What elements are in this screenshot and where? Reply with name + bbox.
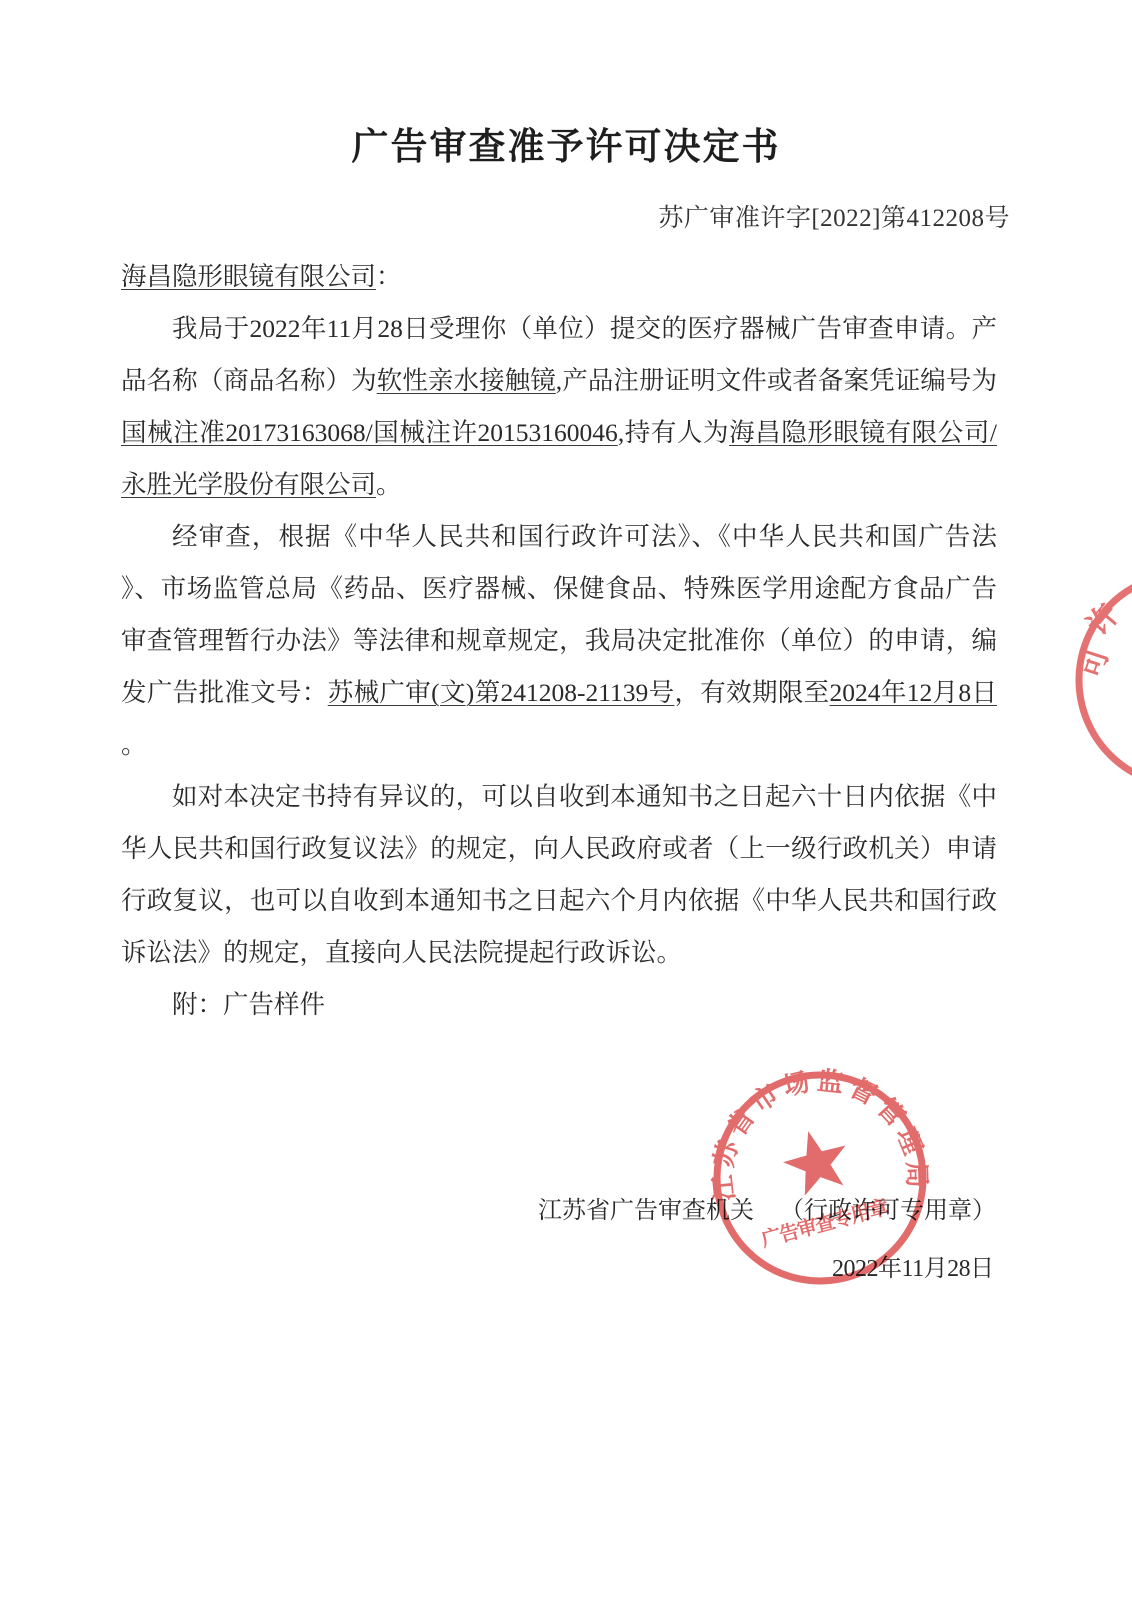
doc-line: 永胜光学股份有限公司。	[121, 459, 997, 511]
official-seal: 江苏省市场监督管理局 广告审查专用章	[700, 1058, 940, 1298]
doc-line: 。	[121, 719, 997, 771]
seal-top-text: 江苏省市场监督管理局	[708, 1066, 931, 1202]
seal-top-char: 苏	[708, 1136, 744, 1170]
text-segment: 诉讼法》的规定，直接向人民法院提起行政诉讼。	[121, 938, 682, 967]
text-segment: 如对本决定书持有异议的，可以自收到本通知书之日起六十日内依据《中	[172, 782, 997, 811]
seal-top-char: 江	[708, 1174, 740, 1203]
doc-line: 国械注准20173163068/国械注许20153160046,持有人为海昌隐形…	[121, 407, 997, 459]
text-segment: 。	[121, 730, 147, 759]
underlined-text: 永胜光学股份有限公司	[121, 470, 376, 499]
text-segment: 经审查，根据《中华人民共和国行政许可法》、《中华人民共和国广告法	[172, 522, 997, 551]
doc-line: 我局于2022年11月28日受理你（单位）提交的医疗器械广告审查申请。产	[121, 303, 997, 355]
seal-top-char: 局	[901, 1161, 931, 1188]
underlined-text: 软性亲水接触镜	[377, 366, 556, 395]
doc-line: 》、市场监管总局《药品、医疗器械、保健食品、特殊医学用途配方食品广告	[121, 563, 997, 615]
doc-line: 华人民共和国行政复议法》的规定，向人民政府或者（上一级行政机关）申请	[121, 823, 997, 875]
document-number: 苏广审准许字[2022]第412208号	[658, 198, 1010, 234]
document-title: 广告审查准予许可决定书	[0, 116, 1132, 170]
doc-line: 品名称（商品名称）为软性亲水接触镜,产品注册证明文件或者备案凭证编号为	[121, 355, 997, 407]
document-body: 海昌隐形眼镜有限公司：我局于2022年11月28日受理你（单位）提交的医疗器械广…	[121, 251, 997, 1031]
seal-top-char: 监	[816, 1066, 845, 1098]
edge-seal-text: 许可	[1075, 597, 1126, 682]
text-segment: 》、市场监管总局《药品、医疗器械、保健食品、特殊医学用途配方食品广告	[121, 574, 997, 603]
text-segment: 审查管理暂行办法》等法律和规章规定，我局决定批准你（单位）的申请，编	[121, 626, 997, 655]
text-segment: 品名称（商品名称）为	[121, 366, 377, 395]
text-segment: ,持有人为	[618, 418, 729, 447]
text-segment: 附：广告样件	[172, 990, 325, 1019]
edge-seal: 许可	[1060, 528, 1132, 792]
underlined-text: 海昌隐形眼镜有限公司	[121, 262, 376, 291]
underlined-text: 苏械广审(文)第241208-21139号	[328, 678, 675, 707]
document-page: 广告审查准予许可决定书 苏广审准许字[2022]第412208号 海昌隐形眼镜有…	[0, 0, 1132, 1600]
seal-bottom-text: 广告审查专用章	[759, 1195, 892, 1252]
text-segment: 华人民共和国行政复议法》的规定，向人民政府或者（上一级行政机关）申请	[121, 834, 997, 863]
text-segment: 。	[376, 470, 402, 499]
text-segment: ,产品注册证明文件或者备案凭证编号为	[556, 366, 997, 395]
text-segment: ：	[376, 262, 402, 291]
underlined-text: 海昌隐形眼镜有限公司/	[729, 418, 997, 447]
underlined-text: 国械注准20173163068/国械注许20153160046	[121, 418, 618, 447]
text-segment: 行政复议，也可以自收到本通知书之日起六个月内依据《中华人民共和国行政	[121, 886, 997, 915]
doc-line: 诉讼法》的规定，直接向人民法院提起行政诉讼。	[121, 927, 997, 979]
text-segment: 发广告批准文号：	[121, 678, 328, 707]
text-segment: ，有效期限至	[674, 678, 829, 707]
doc-line: 附：广告样件	[121, 979, 997, 1031]
doc-line: 发广告批准文号：苏械广审(文)第241208-21139号，有效期限至2024年…	[121, 667, 997, 719]
doc-line: 经审查，根据《中华人民共和国行政许可法》、《中华人民共和国广告法	[121, 511, 997, 563]
doc-line: 行政复议，也可以自收到本通知书之日起六个月内依据《中华人民共和国行政	[121, 875, 997, 927]
underlined-text: 2024年12月8日	[830, 678, 997, 707]
doc-line: 海昌隐形眼镜有限公司：	[121, 251, 997, 303]
doc-line: 如对本决定书持有异议的，可以自收到本通知书之日起六十日内依据《中	[121, 771, 997, 823]
text-segment: 我局于2022年11月28日受理你（单位）提交的医疗器械广告审查申请。产	[172, 314, 997, 343]
doc-line: 审查管理暂行办法》等法律和规章规定，我局决定批准你（单位）的申请，编	[121, 615, 997, 667]
star-icon	[777, 1123, 855, 1199]
